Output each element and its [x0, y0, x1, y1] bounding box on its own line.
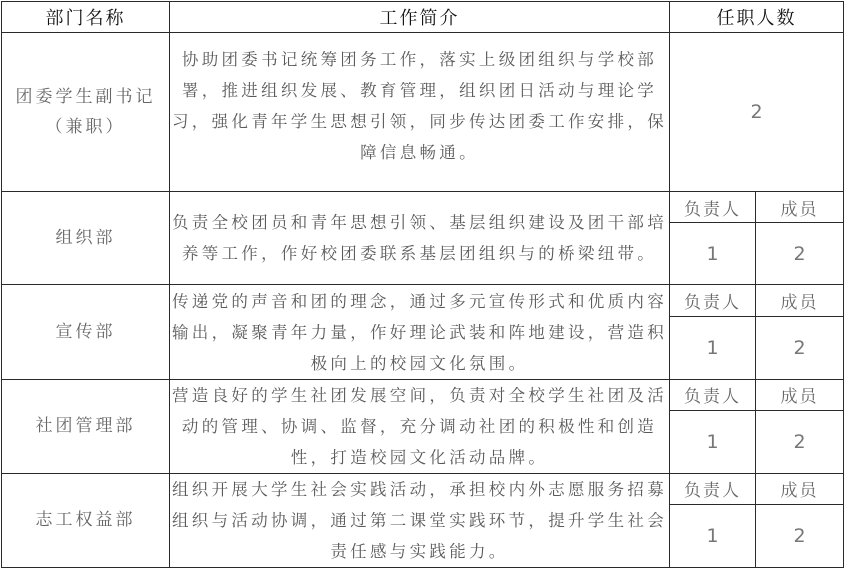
leader-count: 1	[670, 411, 756, 474]
member-count: 2	[756, 505, 844, 568]
department-intro: 负责全校团员和青年思想引领、基层组织建设及团干部培养等工作，作好校团委联系基层团…	[170, 192, 670, 285]
department-intro: 传递党的声音和团的理念，通过多元宣传形式和优质内容输出，凝聚青年力量，作好理论武…	[170, 285, 670, 379]
leader-label: 负责人	[670, 192, 756, 223]
member-count: 2	[756, 223, 844, 285]
department-intro: 协助团委书记统筹团务工作，落实上级团组织与学校部署，推进组织发展、教育管理，组织…	[170, 33, 670, 192]
member-count: 2	[756, 316, 844, 379]
member-label: 成员	[756, 192, 844, 223]
header-staff-count: 任职人数	[670, 2, 844, 33]
department-intro: 组织开展大学生社会实践活动，承担校内外志愿服务招募组织与活动协调，通过第二课堂实…	[170, 473, 670, 567]
table-row: 组织部 负责全校团员和青年思想引领、基层组织建设及团干部培养等工作，作好校团委联…	[2, 192, 844, 223]
department-name: 团委学生副书记	[2, 82, 169, 112]
leader-count: 1	[670, 505, 756, 568]
member-label: 成员	[756, 473, 844, 504]
leader-label: 负责人	[670, 379, 756, 410]
leader-count: 1	[670, 316, 756, 379]
department-name: 志工权益部	[2, 473, 170, 567]
department-name-cell: 团委学生副书记 （兼职）	[2, 33, 170, 192]
leader-count: 1	[670, 223, 756, 285]
member-count: 2	[756, 411, 844, 474]
staff-total: 2	[670, 33, 844, 192]
department-table: 部门名称 工作简介 任职人数 团委学生副书记 （兼职） 协助团委书记统筹团务工作…	[1, 1, 844, 568]
department-name: 宣传部	[2, 285, 170, 379]
member-label: 成员	[756, 379, 844, 410]
header-intro: 工作简介	[170, 2, 670, 33]
header-row: 部门名称 工作简介 任职人数	[2, 2, 844, 33]
table-row: 团委学生副书记 （兼职） 协助团委书记统筹团务工作，落实上级团组织与学校部署，推…	[2, 33, 844, 192]
leader-label: 负责人	[670, 473, 756, 504]
member-label: 成员	[756, 285, 844, 316]
table-row: 宣传部 传递党的声音和团的理念，通过多元宣传形式和优质内容输出，凝聚青年力量，作…	[2, 285, 844, 316]
department-intro: 营造良好的学生社团发展空间，负责对全校学生社团及活动的管理、协调、监督，充分调动…	[170, 379, 670, 473]
department-name: 组织部	[2, 192, 170, 285]
leader-label: 负责人	[670, 285, 756, 316]
department-note: （兼职）	[2, 112, 169, 142]
department-name: 社团管理部	[2, 379, 170, 473]
table-row: 社团管理部 营造良好的学生社团发展空间，负责对全校学生社团及活动的管理、协调、监…	[2, 379, 844, 410]
table-row: 志工权益部 组织开展大学生社会实践活动，承担校内外志愿服务招募组织与活动协调，通…	[2, 473, 844, 504]
header-department: 部门名称	[2, 2, 170, 33]
